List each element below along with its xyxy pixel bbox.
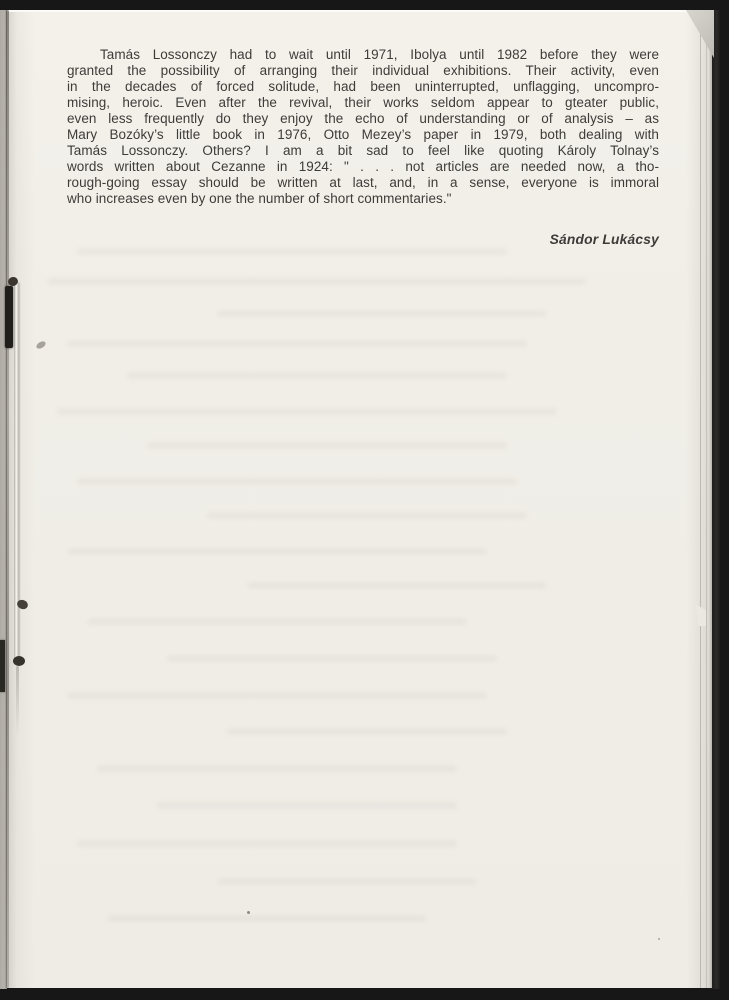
show-through-smudge <box>67 340 527 347</box>
paragraph-line: even less frequently do they enjoy the e… <box>67 111 659 127</box>
show-through-smudge <box>127 372 507 379</box>
page-edge-crease-line <box>706 10 707 988</box>
show-through-smudge <box>67 692 487 699</box>
dust-speck <box>658 938 660 940</box>
page-edge-shade <box>709 0 720 1000</box>
show-through-smudge <box>77 248 507 255</box>
page-edge-crease-line <box>700 10 701 988</box>
show-through-smudge <box>107 915 427 922</box>
paragraph-line: rough-going essay should be written at l… <box>67 175 659 191</box>
staple-end <box>13 656 25 666</box>
show-through-smudge <box>47 278 587 285</box>
page-top-edge-highlight <box>7 10 712 12</box>
show-through-smudge <box>167 655 497 662</box>
show-through-smudge <box>97 765 457 772</box>
paragraph-line: who increases even by one the number of … <box>67 191 659 207</box>
show-through-smudge <box>227 728 507 735</box>
paragraph-line: words written about Cezanne in 1924: " .… <box>67 159 659 175</box>
show-through-smudge <box>67 548 487 555</box>
body-paragraph: Tamás Lossonczy had to wait until 1971, … <box>67 47 659 207</box>
show-through-smudge <box>217 310 547 317</box>
scanned-book-page: Tamás Lossonczy had to wait until 1971, … <box>0 0 729 1000</box>
paragraph-line: Tamás Lossonczy had to wait until 1971, … <box>67 47 659 63</box>
page-gutter-edge-line <box>6 10 9 988</box>
show-through-smudge <box>217 878 477 885</box>
author-signature: Sándor Lukácsy <box>67 232 659 247</box>
show-through-smudge <box>77 478 517 485</box>
paragraph-line: Tamás Lossonczy. Others? I am a bit sad … <box>67 143 659 159</box>
paragraph-line: in the decades of forced solitude, had b… <box>67 79 659 95</box>
binding-shadow-top <box>5 286 13 348</box>
paragraph-line: mising, heroic. Even after the revival, … <box>67 95 659 111</box>
show-through-smudge <box>147 442 507 449</box>
scan-edge-bottom <box>0 989 729 1000</box>
show-through-smudge <box>77 840 457 847</box>
show-through-smudge <box>87 618 467 625</box>
dust-speck <box>247 911 250 914</box>
book-page: Tamás Lossonczy had to wait until 1971, … <box>7 10 712 988</box>
show-through-smudge <box>247 582 547 589</box>
binding-wire-tail <box>16 666 19 736</box>
paragraph-line: Mary Bozóky’s little book in 1976, Otto … <box>67 127 659 143</box>
binding-shadow-bottom <box>0 640 5 692</box>
show-through-smudge <box>57 408 557 415</box>
show-through-smudge <box>207 512 527 519</box>
show-through-smudge <box>157 802 457 809</box>
scan-edge-top <box>0 0 729 10</box>
scan-edge-right <box>720 0 729 1000</box>
paragraph-line: granted the possibility of arranging the… <box>67 63 659 79</box>
